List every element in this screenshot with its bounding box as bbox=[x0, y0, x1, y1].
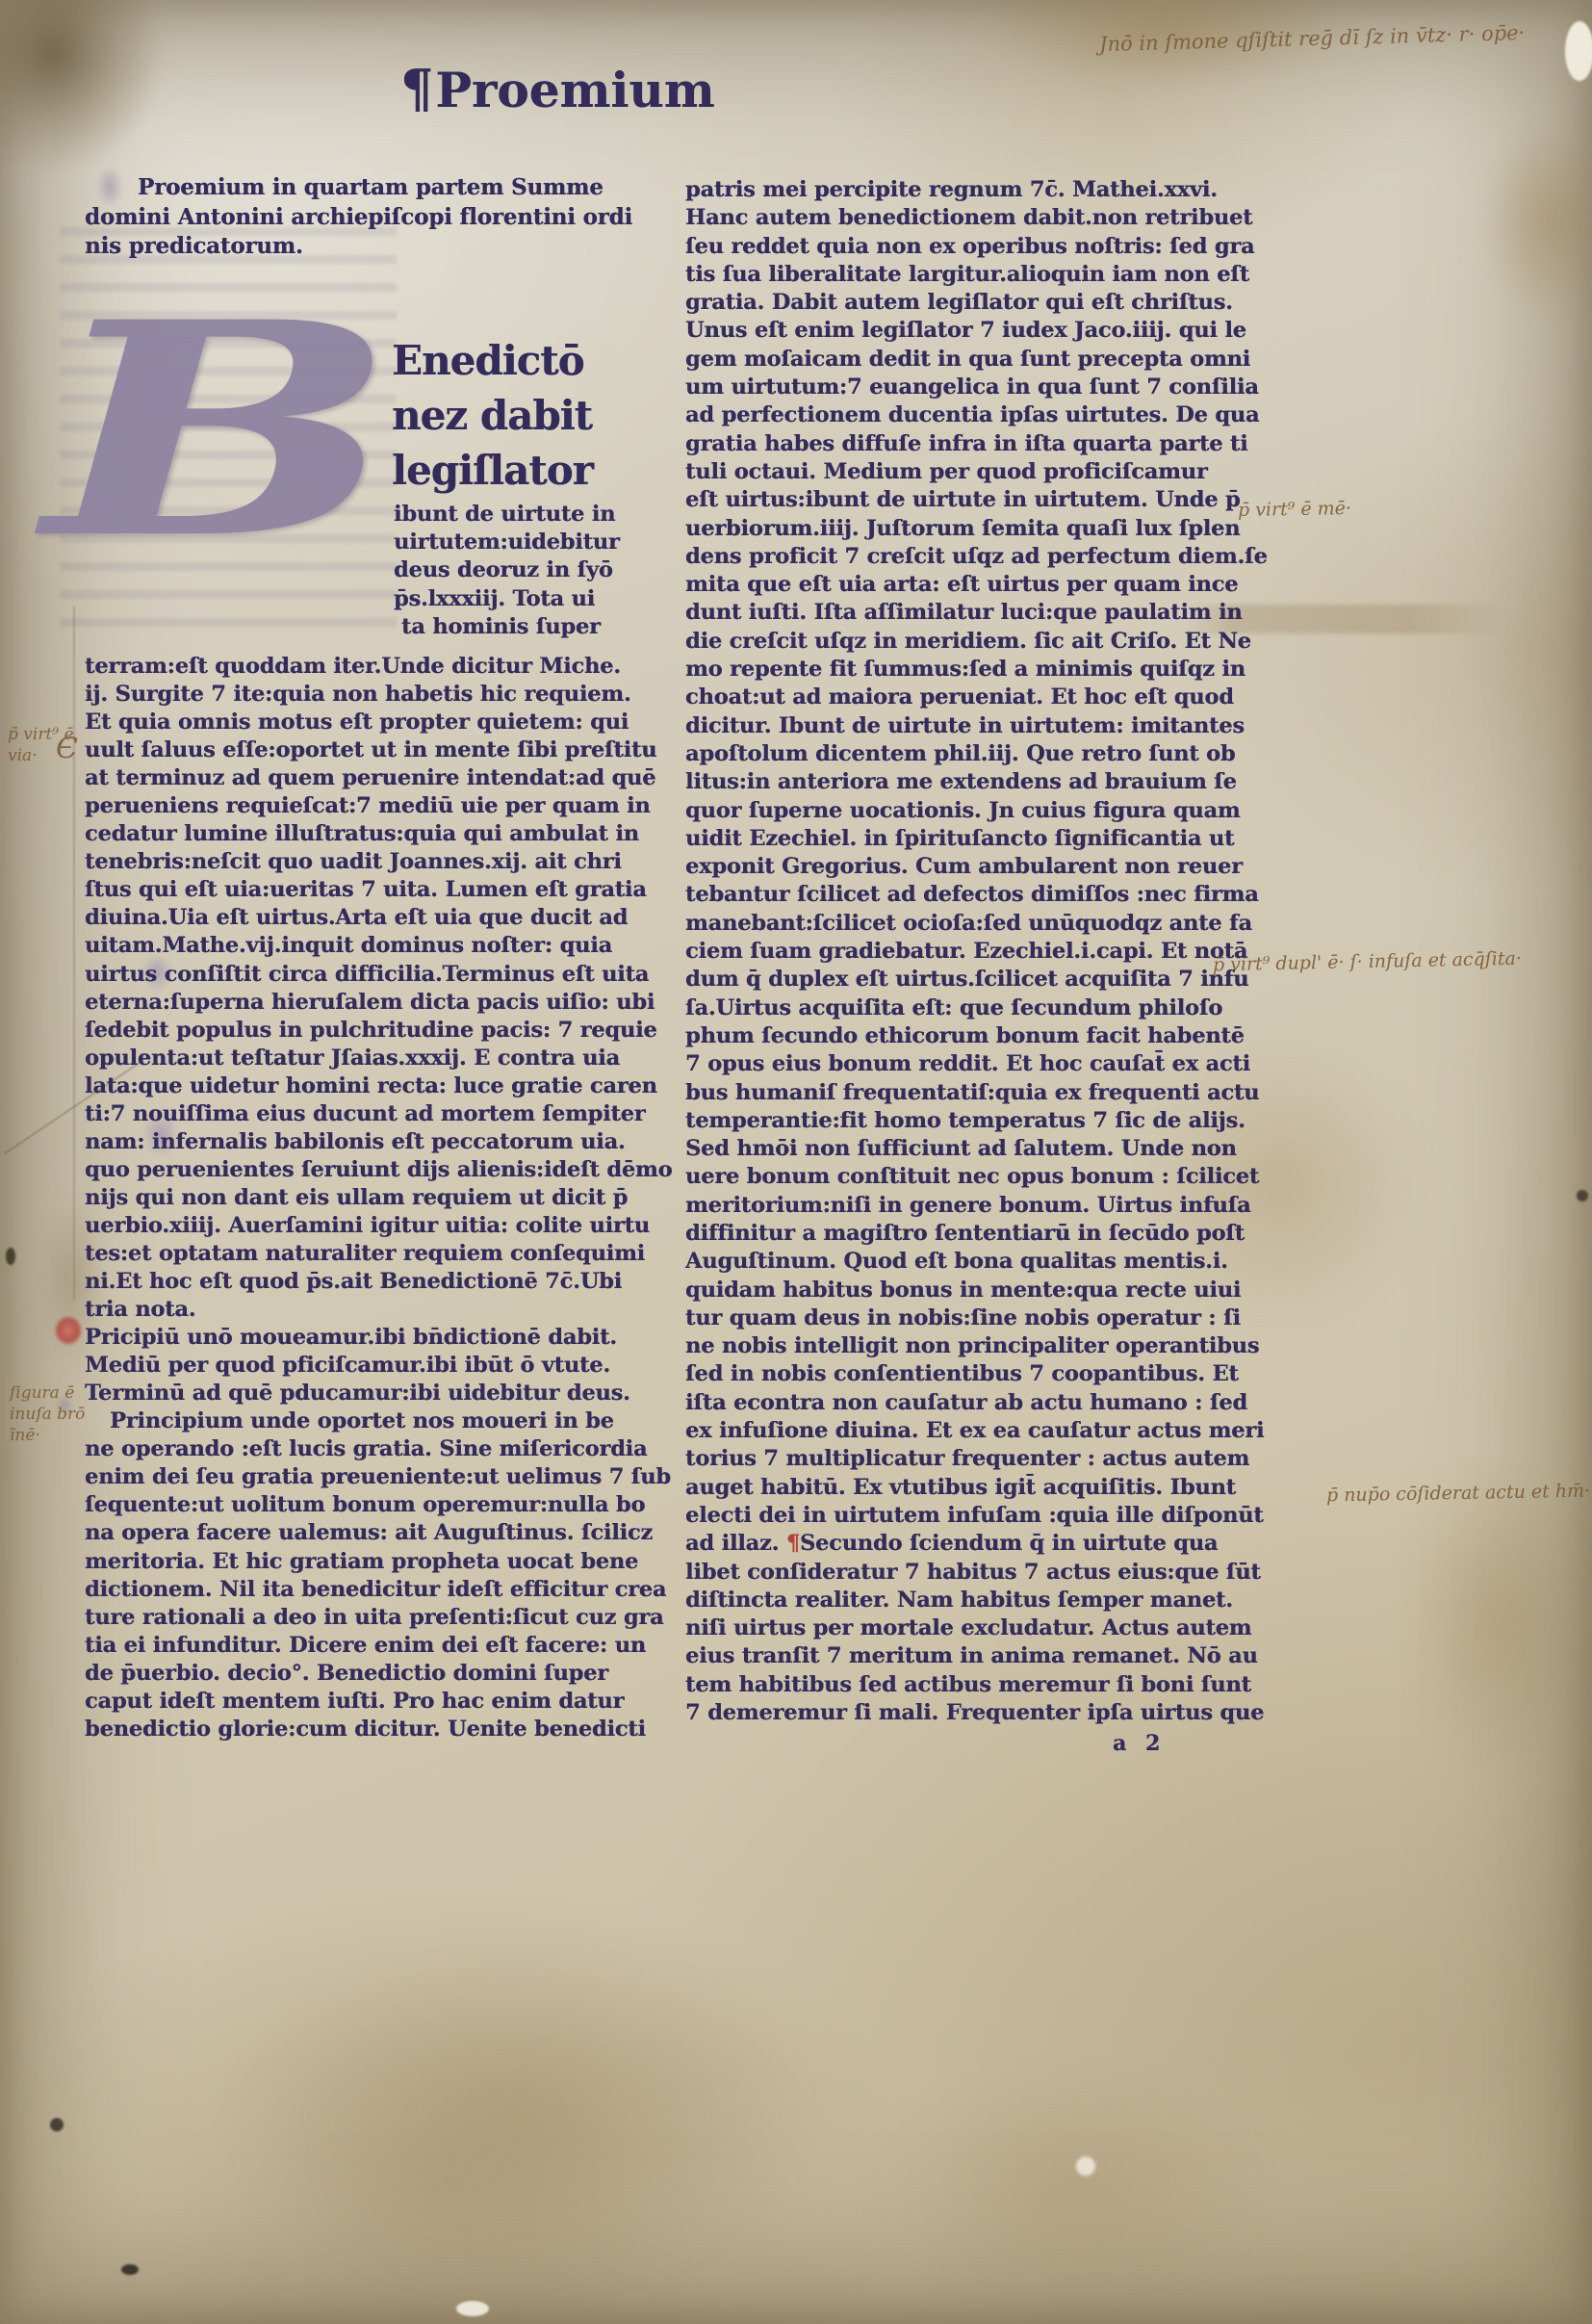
text-line: uerbiorum.iiij. Juſtorum ſemita quaſi lu… bbox=[685, 515, 1268, 543]
stain bbox=[0, 0, 164, 173]
text-line: iſta econtra non cauſatur ab actu humano… bbox=[685, 1389, 1268, 1417]
text-line: caput ideſt mentem iuſti. Pro hac enim d… bbox=[85, 1688, 672, 1716]
text-line: meritoria. Et hic gratiam propheta uocat… bbox=[85, 1548, 672, 1576]
text-line: tenebris:neſcit quo uadit Joannes.xij. a… bbox=[85, 848, 672, 876]
text-line: ta hominis ſuper bbox=[401, 613, 620, 641]
margin-note-left-2: ſigura ēinuſa brōīnē· bbox=[10, 1382, 85, 1446]
margin-note-left-1-brace: Є bbox=[56, 732, 78, 765]
text-line: temperantie:fit homo temperatus 7 ſic de… bbox=[685, 1107, 1268, 1135]
text-line: nam: infernalis babilonis eſt peccatorum… bbox=[85, 1128, 672, 1156]
text-line: ti:7 nouiſſima eius ducunt ad mortem ſem… bbox=[85, 1100, 672, 1128]
text-line: gratia. Dabit autem legiſlator qui eſt c… bbox=[685, 289, 1268, 317]
text-line: mo repente fit ſummus:ſed a minimis quiſ… bbox=[685, 656, 1268, 684]
stain bbox=[231, 1945, 809, 2291]
margin-note-right-1: p̄ virt⁹ ē mē· bbox=[1238, 498, 1351, 521]
text-line: eius tranſit 7 meritum in anima remanet.… bbox=[685, 1642, 1268, 1670]
text-line: uirtutem:uidebitur bbox=[394, 529, 620, 556]
speck bbox=[6, 1248, 15, 1265]
text-line: tes:et optatam naturaliter requiem conſe… bbox=[85, 1240, 672, 1268]
incipit: Proemium in quartam partem Summedomini A… bbox=[85, 173, 632, 262]
text-line: benedictio glorie:cum dicitur. Uenite be… bbox=[85, 1716, 672, 1743]
text-line: apoſtolum dicentem phil.iij. Que retro ſ… bbox=[685, 740, 1268, 768]
paragraph-mark: ¶ bbox=[786, 1531, 800, 1556]
text-line: dicitur. Ibunt de uirtute in uirtutem: i… bbox=[685, 712, 1268, 740]
text-line: ad illaz. ¶Secundo ſciendum q̄ in uirtut… bbox=[685, 1530, 1268, 1558]
text-line: Pricipiū unō moueamur.ibi bn̄dictionē da… bbox=[85, 1324, 672, 1352]
text-line: de p̄uerbio. decio°. Benedictio domini ſ… bbox=[85, 1660, 672, 1688]
text-line: ſigura ē bbox=[10, 1382, 85, 1404]
text-line: litus:in anteriora me extendens ad braui… bbox=[685, 768, 1268, 796]
text-line: ni.Et hoc eſt quod p̄s.ait Benedictionē … bbox=[85, 1268, 672, 1296]
text-line: ciem ſuam gradiebatur. Ezechiel.i.capi. … bbox=[685, 938, 1268, 966]
paper-chip bbox=[456, 2301, 489, 2316]
text-line: diſtincta realiter. Nam habitus ſemper m… bbox=[685, 1587, 1268, 1614]
paper-chip bbox=[1565, 21, 1592, 81]
paper-chip bbox=[1076, 2156, 1095, 2176]
text-line: perueniens requieſcat:7 mediū uie per qu… bbox=[85, 792, 672, 820]
red-paragraph-blot bbox=[54, 1315, 83, 1346]
illuminated-initial-B: B bbox=[44, 252, 397, 608]
text-line: quo peruenientes ſeruiunt dijs alienis:i… bbox=[85, 1156, 672, 1184]
opening-side-text: ibunt de uirtute inuirtutem:uidebiturdeu… bbox=[394, 501, 620, 641]
text-line: ij. Surgite 7 ite:quia non habetis hic r… bbox=[85, 681, 672, 709]
text-line: ſa.Uirtus acquiſita eſt: que ſecundum ph… bbox=[685, 994, 1268, 1022]
text-line: nez dabit bbox=[392, 388, 593, 443]
opening-large-text: Enedictōnez dabitlegiſlator bbox=[392, 333, 593, 498]
text-line: Auguſtinum. Quod eſt bona qualitas menti… bbox=[685, 1248, 1268, 1276]
quire-signature: a 2 bbox=[1113, 1731, 1166, 1756]
text-line: ture rationali a deo in uita preſenti:ſi… bbox=[85, 1604, 672, 1632]
text-line: na opera facere ualemus: ait Auguſtinus.… bbox=[85, 1519, 672, 1547]
text-line: mita que eſt uia arta: eſt uirtus per qu… bbox=[685, 571, 1268, 599]
text-line: meritorium:niſi in genere bonum. Uirtus … bbox=[685, 1192, 1268, 1220]
text-line: ne nobis intelligit non principaliter op… bbox=[685, 1332, 1268, 1360]
text-line: gem moſaicam dedit in qua ſunt precepta … bbox=[685, 346, 1268, 374]
text-line: Principium unde oportet nos moueri in be bbox=[110, 1407, 672, 1435]
text-line: ne operando :eſt lucis gratia. Sine miſe… bbox=[85, 1435, 672, 1463]
text-line: p̄s.lxxxiij. Tota ui bbox=[394, 585, 620, 613]
text-line: Hanc autem benedictionem dabit.non retri… bbox=[685, 204, 1268, 232]
text-line: ex infuſione diuina. Et ex ea cauſatur a… bbox=[685, 1417, 1268, 1445]
text-line: quidam habitus bonus in mente:qua recte … bbox=[685, 1277, 1268, 1304]
text-line: tur quam deus in nobis:ſine nobis operat… bbox=[685, 1304, 1268, 1332]
text-line: eſt uirtus:ibunt de uirtute in uirtutem.… bbox=[685, 486, 1268, 514]
text-line: lata:que uidetur homini recta: luce grat… bbox=[85, 1072, 672, 1100]
text-line: Unus eſt enim legiſlator 7 iudex Jaco.ii… bbox=[685, 317, 1268, 345]
page-title: Proemium bbox=[435, 62, 714, 118]
text-line: torius 7 multiplicatur frequenter : actu… bbox=[685, 1445, 1268, 1473]
text-line: manebant:ſcilicet ocioſa:ſed unūquodqz a… bbox=[685, 910, 1268, 938]
text-line: diffinitur a magiſtro ſententiarū in ſec… bbox=[685, 1220, 1268, 1248]
text-line: ad perfectionem ducentia ipſas uirtutes.… bbox=[685, 401, 1268, 429]
text-line: tem habitibus ſed actibus meremur ſi bon… bbox=[685, 1671, 1268, 1699]
text-line: diuina.Uia eſt uirtus.Arta eſt uia que d… bbox=[85, 904, 672, 932]
text-line: eterna:ſuperna hieruſalem dicta pacis ui… bbox=[85, 989, 672, 1017]
text-line: auget habitū. Ex vtutibus igit̄ acquiſit… bbox=[685, 1474, 1268, 1502]
text-line: Et quia omnis motus eſt propter quietem:… bbox=[85, 709, 672, 736]
text-line: ſtus qui eſt uia:ueritas 7 uita. Lumen e… bbox=[85, 876, 672, 904]
text-line: cedatur lumine illuſtratus:quia qui ambu… bbox=[85, 820, 672, 848]
text-line: dum q̄ duplex eſt uirtus.ſcilicet acquiſ… bbox=[685, 966, 1268, 994]
book-page: ¶Proemium Jnō in ſmone qſiſtit reḡ dī ſz… bbox=[0, 0, 1592, 2324]
text-line: opulenta:ut teſtatur Jſaias.xxxij. E con… bbox=[85, 1045, 672, 1072]
text-line: choat:ut ad maiora perueniat. Et hoc eſt… bbox=[685, 684, 1268, 711]
page-heading: ¶Proemium bbox=[400, 58, 715, 119]
text-line: ibunt de uirtute in bbox=[394, 501, 620, 529]
text-line: uerbio.xiiij. Auerſamini igitur uitia: c… bbox=[85, 1212, 672, 1240]
text-line: bus humaniſ frequentatiſ:quia ex frequen… bbox=[685, 1079, 1268, 1107]
text-line: ſequente:ut uolitum bonum operemur:nulla… bbox=[85, 1491, 672, 1519]
text-line: īnē· bbox=[10, 1425, 85, 1446]
stain bbox=[1482, 125, 1592, 318]
speck bbox=[121, 2264, 139, 2275]
text-line: ſeu reddet quia non ex operibus noſtris:… bbox=[685, 233, 1268, 261]
text-line: Terminū ad quē pducamur:ibi uidebitur de… bbox=[85, 1380, 672, 1407]
text-line: 7 demeremur ſi mali. Frequenter ipſa uir… bbox=[685, 1699, 1268, 1727]
text-line: patris mei percipite regnum 7c̄. Mathei.… bbox=[685, 176, 1268, 204]
text-line: domini Antonini archiepiſcopi florentini… bbox=[85, 203, 632, 233]
text-line: dictionem. Nil ita benedicitur ideſt eff… bbox=[85, 1576, 672, 1604]
stain bbox=[866, 2070, 1271, 2301]
stain bbox=[1405, 1463, 1588, 1771]
text-line: tis ſua liberalitate largitur.alioquin i… bbox=[685, 261, 1268, 289]
text-line: tuli octaui. Medium per quod proficiſcam… bbox=[685, 458, 1268, 486]
text-line: Enedictō bbox=[392, 333, 593, 388]
text-line: inuſa brō bbox=[10, 1404, 85, 1425]
text-line: Proemium in quartam partem Summe bbox=[138, 173, 632, 203]
text-line: enim dei ſeu gratia preueniente:ut uelim… bbox=[85, 1463, 672, 1491]
text-line: exponit Gregorius. Cum ambularent non re… bbox=[685, 853, 1268, 881]
text-line: ſed in nobis conſentientibus 7 coopantib… bbox=[685, 1360, 1268, 1388]
text-line: niſi uirtus per mortale excludatur. Actu… bbox=[685, 1614, 1268, 1642]
handwritten-note-top: Jnō in ſmone qſiſtit reḡ dī ſz in v̄tz· … bbox=[1099, 21, 1526, 56]
text-line: die creſcit uſqz in meridiem. ſic ait Cr… bbox=[685, 628, 1268, 656]
text-line: uult ſaluus eſſe:oportet ut in mente ſib… bbox=[85, 736, 672, 764]
text-line: legiſlator bbox=[392, 443, 593, 498]
text-line: deus deoruz in ſyō bbox=[394, 556, 620, 584]
text-line: tebantur ſcilicet ad defectos dimiſſos :… bbox=[685, 881, 1268, 909]
speck bbox=[1577, 1190, 1588, 1201]
text-line: dunt iuſti. Iſta aſſimilatur luci:que pa… bbox=[685, 599, 1268, 627]
text-line: 7 opus eius bonum reddit. Et hoc cauſat̄… bbox=[685, 1050, 1268, 1078]
text-line: ſedebit populus in pulchritudine pacis: … bbox=[85, 1017, 672, 1045]
text-line: tia ei infunditur. Dicere enim dei eſt f… bbox=[85, 1632, 672, 1660]
fold-crease bbox=[73, 607, 75, 1300]
text-line: uere bonum conſtituit nec opus bonum : ſ… bbox=[685, 1163, 1268, 1191]
right-column: patris mei percipite regnum 7c̄. Mathei.… bbox=[685, 176, 1268, 1727]
heading-paraph: ¶ bbox=[400, 58, 433, 119]
left-column: terram:eſt quoddam iter.Unde dicitur Mic… bbox=[85, 653, 672, 1743]
text-line: at terminuz ad quem peruenire intendat:a… bbox=[85, 764, 672, 792]
text-line: nijs qui non dant eis ullam requiem ut d… bbox=[85, 1184, 672, 1212]
text-line: uidit Ezechiel. in ſpirituſancto ſignifi… bbox=[685, 825, 1268, 853]
speck bbox=[50, 2118, 64, 2131]
text-line: terram:eſt quoddam iter.Unde dicitur Mic… bbox=[85, 653, 672, 681]
text-line: tria nota. bbox=[85, 1296, 672, 1324]
text-line: gratia habes diffuſe infra in iſta quart… bbox=[685, 430, 1268, 458]
text-line: uitam.Mathe.vij.inquit dominus noſter: q… bbox=[85, 932, 672, 960]
text-line: um uirtutum:7 euangelica in qua ſunt 7 c… bbox=[685, 374, 1268, 401]
text-line: phum ſecundo ethicorum bonum facit haben… bbox=[685, 1022, 1268, 1050]
text-line: quor ſuperne uocationis. Jn cuius figura… bbox=[685, 797, 1268, 825]
text-line: libet conſideratur 7 habitus 7 actus eiu… bbox=[685, 1559, 1268, 1587]
text-line: uirtus conſiſtit circa difficilia.Termin… bbox=[85, 961, 672, 989]
text-line: dens proficit 7 creſcit uſqz ad perfectu… bbox=[685, 543, 1268, 571]
margin-note-right-3: p̄ nup̄o cōſiderat actu et hm̄· bbox=[1326, 1481, 1590, 1507]
text-line: Mediū per quod pficiſcamur.ibi ibūt ō vt… bbox=[85, 1352, 672, 1380]
text-line: electi dei in uirtutem infuſam :quia ill… bbox=[685, 1502, 1268, 1530]
text-line: Sed hmōi non ſufficiunt ad ſalutem. Unde… bbox=[685, 1135, 1268, 1163]
